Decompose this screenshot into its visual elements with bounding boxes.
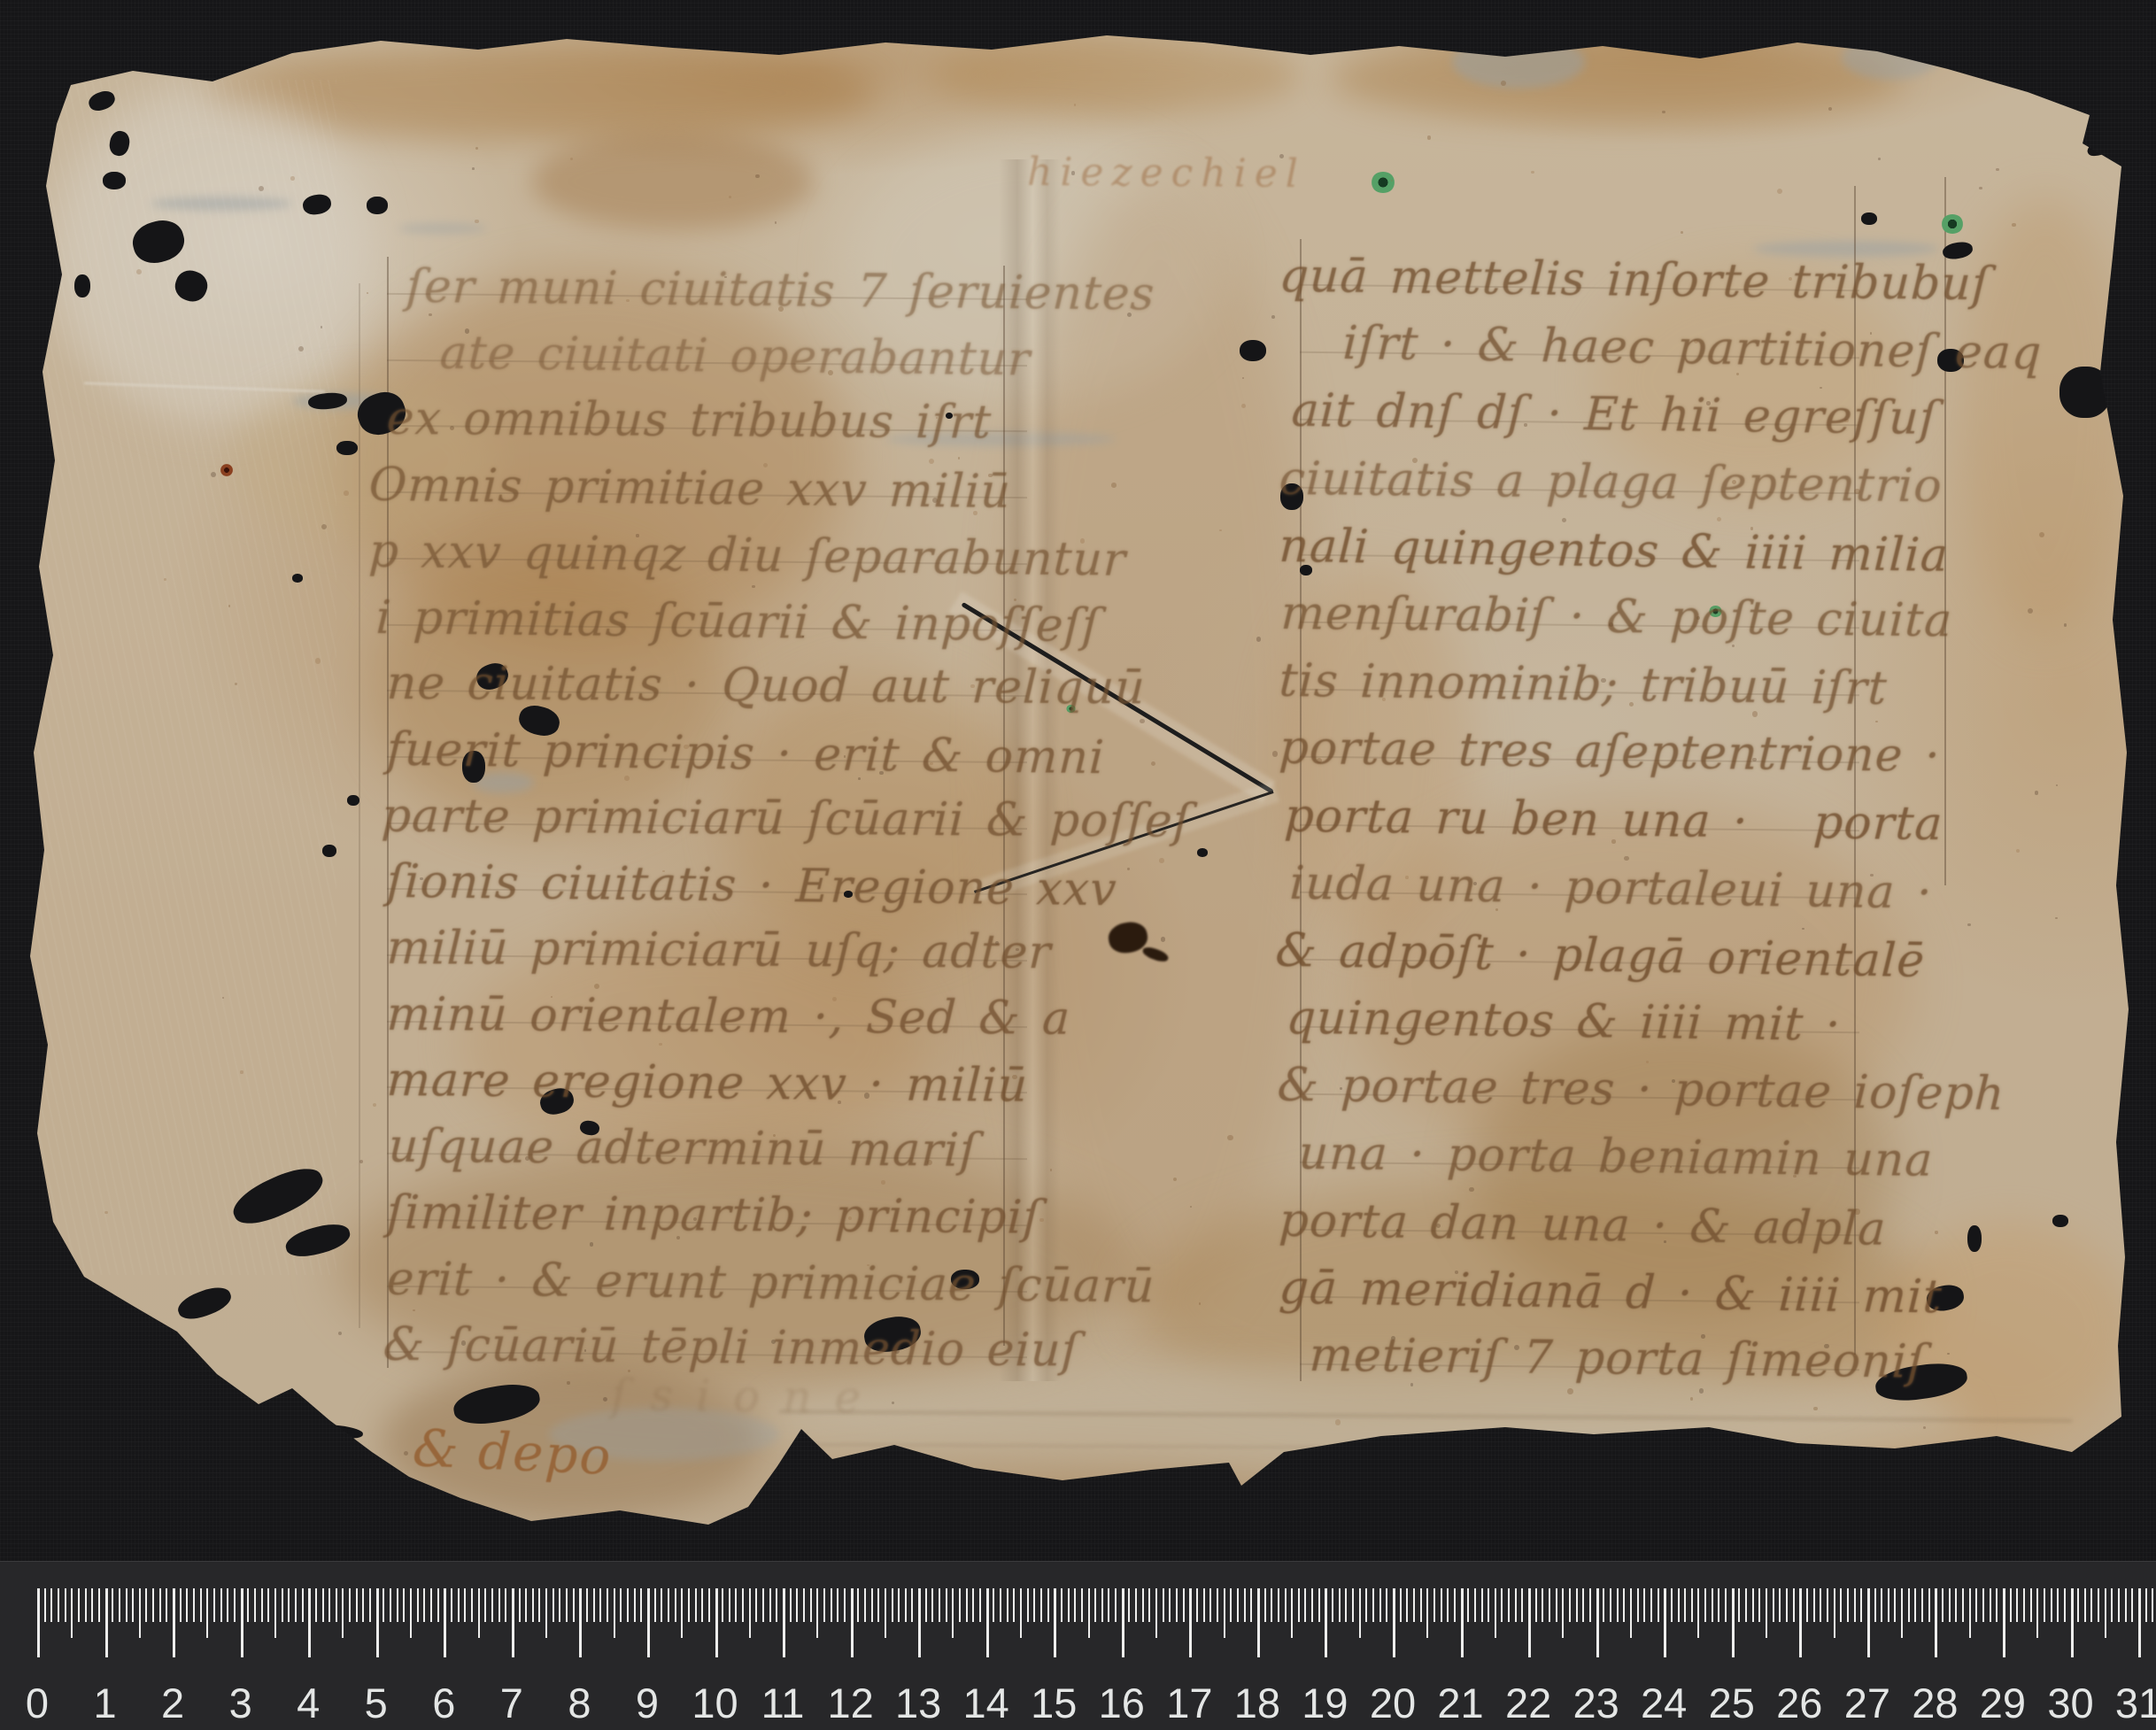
- ruler-tick: [241, 1588, 243, 1657]
- running-title: hiezechiel: [1027, 150, 1306, 197]
- ruler-tick: [959, 1588, 961, 1622]
- ruler-tick: [1576, 1588, 1578, 1622]
- ruler-tick: [1495, 1588, 1496, 1638]
- ruler-tick: [349, 1588, 351, 1622]
- ruler-tick: [328, 1588, 330, 1622]
- manuscript-line: gā meridianā d · & iiii mit: [1278, 1265, 1943, 1321]
- manuscript-line: iuda una · portaleui una ·: [1288, 861, 1933, 916]
- ruler-tick: [234, 1588, 236, 1622]
- ruler-tick: [2118, 1588, 2120, 1622]
- speckle: [1802, 928, 1804, 931]
- ruler-tick: [1203, 1588, 1205, 1622]
- ruler-tick: [376, 1588, 379, 1657]
- manuscript-line: fuerit principis · erit & omni: [386, 727, 1106, 781]
- ruler-tick: [599, 1588, 601, 1622]
- ruler-tick: [295, 1588, 297, 1622]
- speckle: [1624, 856, 1628, 861]
- ruler-tick: [2145, 1588, 2147, 1622]
- ruler-tick: [1745, 1588, 1747, 1622]
- ruler-tick: [315, 1588, 317, 1622]
- hole: [336, 441, 358, 455]
- ruler-tick: [566, 1588, 568, 1622]
- ruler-tick: [2125, 1588, 2127, 1622]
- ruler-tick: [71, 1588, 73, 1638]
- ruler-tick: [654, 1588, 656, 1622]
- ruler-tick: [1250, 1588, 1252, 1622]
- speckle: [1256, 637, 1261, 641]
- ruler-tick: [1982, 1588, 1984, 1622]
- ruler-tick: [1209, 1588, 1211, 1622]
- ruler-tick: [2090, 1588, 2092, 1622]
- ruler-tick: [742, 1588, 744, 1622]
- ruler-tick: [1013, 1588, 1015, 1622]
- ruler-tick: [152, 1588, 154, 1622]
- ruler-tick: [478, 1588, 480, 1638]
- hole: [367, 197, 388, 214]
- ruler-tick: [1244, 1588, 1246, 1622]
- ruler-tick: [1725, 1588, 1727, 1622]
- ruler-tick: [1142, 1588, 1144, 1622]
- ruler-tick: [1623, 1588, 1625, 1622]
- speckle: [590, 1242, 594, 1247]
- ruler-tick: [2030, 1588, 2032, 1622]
- manuscript-line: una · porta beniamin una: [1298, 1131, 1935, 1184]
- speckle: [475, 220, 478, 223]
- ruler-tick: [288, 1588, 290, 1622]
- speckle: [321, 326, 322, 328]
- ruler-tick: [1691, 1588, 1693, 1622]
- speckle: [475, 147, 478, 150]
- ruler-tick: [1433, 1588, 1435, 1622]
- ruler-tick: [1339, 1588, 1341, 1622]
- ruler-tick: [512, 1588, 514, 1657]
- manuscript-line: ſimiliter inpartib; principiſ: [386, 1190, 1042, 1241]
- ruler-tick: [1732, 1588, 1735, 1657]
- speckle: [1717, 517, 1721, 521]
- ruler-tick: [1935, 1588, 1937, 1657]
- ruler-tick: [837, 1588, 838, 1622]
- ruler-tick: [2071, 1588, 2074, 1657]
- ruler-tick: [823, 1588, 825, 1622]
- ruler-tick: [417, 1588, 419, 1622]
- ruler-tick: [538, 1588, 540, 1622]
- ruler-tick: [1318, 1588, 1320, 1622]
- ruler-tick: [844, 1588, 846, 1622]
- ruler-tick: [1278, 1588, 1279, 1622]
- ruler-tick: [91, 1588, 93, 1622]
- ruler-tick: [810, 1588, 812, 1622]
- ruler-tick: [898, 1588, 900, 1622]
- ruler-tick: [532, 1588, 534, 1622]
- speckle: [1562, 518, 1566, 522]
- ruler-tick: [464, 1588, 466, 1622]
- speckle: [1996, 168, 1998, 171]
- speckle: [104, 1211, 107, 1214]
- speckle: [373, 1103, 376, 1107]
- ruler-tick: [206, 1588, 208, 1638]
- ruler-tick: [2131, 1588, 2133, 1622]
- manuscript-line: ate ciuitati operabantur: [439, 330, 1032, 383]
- speckle: [1469, 1187, 1473, 1192]
- manuscript-photo: hiezechiel ſer muni ciuitatis 7 ſeruient…: [0, 0, 2156, 1730]
- ruler-tick: [681, 1588, 683, 1638]
- ruler-tick: [918, 1588, 921, 1657]
- ruler-tick: [2016, 1588, 2018, 1622]
- speckle: [211, 472, 216, 477]
- ruler-tick: [1081, 1588, 1083, 1622]
- manuscript-line: porta dan una · & adpla: [1278, 1198, 1887, 1253]
- ruler-tick: [397, 1588, 398, 1622]
- ruler-tick: [1664, 1588, 1666, 1657]
- ruler-tick: [1264, 1588, 1266, 1622]
- ruler-tick: [1101, 1588, 1103, 1622]
- ruler-tick: [1352, 1588, 1354, 1622]
- ruler-tick: [1386, 1588, 1387, 1622]
- speckle: [298, 346, 304, 351]
- ruler-tick: [78, 1588, 80, 1622]
- ruler-tick: [1298, 1588, 1300, 1622]
- ruler-tick: [1230, 1588, 1232, 1622]
- ruler-tick: [1000, 1588, 1001, 1622]
- ruler-tick: [1847, 1588, 1849, 1622]
- ruler-tick: [1108, 1588, 1109, 1622]
- ruler-tick: [857, 1588, 859, 1622]
- ruler-tick: [2051, 1588, 2052, 1622]
- speckle: [1681, 231, 1683, 234]
- ruler-tick: [308, 1588, 311, 1657]
- speckle: [1111, 483, 1117, 488]
- hole: [103, 172, 126, 189]
- ruler-tick: [1549, 1588, 1550, 1622]
- manuscript-line: quā mettelis inſorte tribubuſ: [1279, 253, 1991, 308]
- speckle: [321, 524, 327, 529]
- ruler-tick: [1752, 1588, 1754, 1622]
- hole: [1967, 1225, 1982, 1252]
- ruler-tick: [1969, 1588, 1971, 1638]
- ruler-tick: [105, 1588, 108, 1657]
- ruler-tick: [1617, 1588, 1619, 1622]
- ruler-tick: [193, 1588, 195, 1622]
- manuscript-line: miliū primiciarū uſq; adter: [386, 925, 1053, 976]
- ruler-tick: [762, 1588, 764, 1622]
- ruler-tick: [1650, 1588, 1652, 1622]
- speckle: [315, 658, 321, 663]
- ruler-tick: [864, 1588, 866, 1622]
- ruler-tick: [1047, 1588, 1049, 1622]
- speckle: [1161, 937, 1165, 941]
- ruler-tick: [1454, 1588, 1456, 1622]
- ruler-tick: [1068, 1588, 1070, 1622]
- ruler-tick: [1799, 1588, 1802, 1657]
- manuscript-line: ſionis ciuitatis · Eregione xxv: [386, 859, 1118, 913]
- speckle: [929, 459, 934, 464]
- ruler-tick: [1027, 1588, 1029, 1622]
- ruler-tick: [2105, 1588, 2106, 1638]
- ruler-tick: [1332, 1588, 1333, 1622]
- speckle: [1173, 1178, 1177, 1181]
- manuscript-line: & portae tres · portae ioſeph: [1277, 1062, 2006, 1117]
- ruler-tick: [2152, 1588, 2153, 1622]
- ruler-tick: [458, 1588, 460, 1622]
- ruler-tick: [1834, 1588, 1835, 1638]
- ruler-tick: [1684, 1588, 1686, 1622]
- ruler-tick: [484, 1588, 486, 1622]
- speckle: [1567, 1388, 1573, 1394]
- speckle: [1227, 1135, 1233, 1140]
- ruler-tick: [2036, 1588, 2038, 1638]
- ruler-tick: [98, 1588, 100, 1622]
- speckle: [338, 1332, 342, 1335]
- ruler-tick: [444, 1588, 446, 1657]
- green-spot: [1371, 172, 1395, 193]
- speckle: [2012, 223, 2016, 228]
- ruler-tick: [200, 1588, 202, 1622]
- ruler-tick: [1806, 1588, 1808, 1622]
- ruler-tick: [911, 1588, 913, 1622]
- ruler-number: 31: [2098, 1679, 2156, 1727]
- hole: [74, 274, 90, 297]
- manuscript-line: i primitias ſcūarii & inpoſſeſſ: [375, 595, 1101, 650]
- speckle: [240, 1070, 243, 1073]
- ruler-tick: [1481, 1588, 1483, 1622]
- ruler-tick: [1400, 1588, 1402, 1622]
- ruler-tick: [519, 1588, 521, 1622]
- gray-smudge: [398, 223, 487, 234]
- ruler-tick: [1758, 1588, 1760, 1622]
- ruler-tick: [627, 1588, 629, 1622]
- ruler-tick: [186, 1588, 188, 1622]
- green-spot: [1941, 214, 1964, 234]
- speckle: [1501, 81, 1506, 86]
- ruler-tick: [1054, 1588, 1056, 1657]
- speckle: [2039, 532, 2044, 537]
- speckle: [1813, 1407, 1818, 1411]
- speckle: [2055, 917, 2058, 920]
- ruler-tick: [282, 1588, 283, 1622]
- ruler-tick: [586, 1588, 588, 1622]
- ruler-tick: [816, 1588, 818, 1638]
- ruler-tick: [1603, 1588, 1604, 1622]
- speckle: [2028, 608, 2033, 614]
- ruler-tick: [735, 1588, 737, 1622]
- ruler-tick: [979, 1588, 981, 1622]
- detached-fragment-line: & depo: [412, 1417, 614, 1487]
- ruler-tick: [668, 1588, 669, 1622]
- ruler-tick: [931, 1588, 933, 1622]
- ruler-tick: [885, 1588, 886, 1638]
- speckle: [1923, 1426, 1926, 1429]
- ruler-tick: [1257, 1588, 1260, 1657]
- ruler-tick: [1406, 1588, 1408, 1622]
- speckle: [164, 578, 166, 581]
- ruler-tick: [37, 1588, 40, 1657]
- ruler-tick: [410, 1588, 412, 1638]
- ruler-tick: [695, 1588, 697, 1622]
- speckle: [1159, 858, 1164, 863]
- ruler-tick: [1148, 1588, 1150, 1622]
- ruler-tick: [722, 1588, 723, 1622]
- ruler-tick: [2084, 1588, 2086, 1622]
- ruler-tick: [1521, 1588, 1523, 1622]
- ruler-tick: [356, 1588, 358, 1622]
- speckle: [472, 167, 475, 170]
- ruler-tick: [2010, 1588, 2012, 1622]
- ruler-tick: [166, 1588, 167, 1622]
- ruler-tick: [1088, 1588, 1090, 1638]
- ruler-tick: [1542, 1588, 1543, 1622]
- ruler-tick: [1738, 1588, 1740, 1622]
- manuscript-line: p xxv quinqz diu ſeparabuntur: [368, 529, 1127, 583]
- manuscript-line: erit · & erunt primiciae ſcūarū: [386, 1256, 1156, 1310]
- ruler-tick: [390, 1588, 391, 1622]
- ruler-tick: [1488, 1588, 1489, 1622]
- ruler-tick: [85, 1588, 87, 1622]
- ruler-tick: [1271, 1588, 1272, 1622]
- ruler-tick: [1291, 1588, 1293, 1638]
- ruler-tick: [322, 1588, 324, 1622]
- ruler-tick: [1975, 1588, 1977, 1622]
- ruler-tick: [620, 1588, 622, 1622]
- ruler-tick: [1888, 1588, 1889, 1622]
- stain-patch: [531, 133, 815, 230]
- ruler-tick: [993, 1588, 994, 1622]
- ruling-vertical: [359, 283, 360, 1328]
- ruler-tick: [952, 1588, 954, 1638]
- ruler-tick: [1176, 1588, 1178, 1622]
- hole: [1197, 848, 1208, 857]
- ruler-tick: [1704, 1588, 1706, 1622]
- ruler-tick: [1441, 1588, 1442, 1622]
- speckle: [1935, 1231, 1937, 1233]
- speckle: [1127, 868, 1129, 869]
- ruler-tick: [1867, 1588, 1870, 1657]
- speckle: [1151, 761, 1155, 766]
- ruler-tick: [1914, 1588, 1916, 1622]
- ruler-tick: [790, 1588, 792, 1622]
- speckle: [359, 1160, 363, 1163]
- rust-spot: [220, 464, 234, 476]
- ruler-tick: [1949, 1588, 1951, 1622]
- ruler-tick: [437, 1588, 439, 1622]
- speckle: [729, 196, 731, 198]
- ruler-tick: [1569, 1588, 1571, 1622]
- ruler-tick: [1040, 1588, 1042, 1622]
- ruler-tick: [2044, 1588, 2045, 1622]
- speckle: [594, 984, 599, 989]
- ruler-tick: [383, 1588, 384, 1622]
- speckle: [1335, 1419, 1341, 1425]
- ruler-tick: [573, 1588, 575, 1622]
- ruler-tick: [180, 1588, 182, 1622]
- speckle: [1967, 923, 1970, 926]
- ruler-tick: [1697, 1588, 1699, 1638]
- ruler-tick: [1061, 1588, 1063, 1622]
- hole: [2052, 1215, 2068, 1227]
- ruler-tick: [1196, 1588, 1198, 1622]
- speckle: [2035, 791, 2038, 794]
- stain-patch: [1328, 35, 1904, 124]
- ruler-tick: [44, 1588, 46, 1622]
- ruler-tick: [1189, 1588, 1192, 1657]
- ruler-tick: [247, 1588, 249, 1622]
- ruler-tick: [362, 1588, 364, 1622]
- ruler-tick: [1637, 1588, 1639, 1622]
- ruler-tick: [769, 1588, 771, 1622]
- ruler-tick: [173, 1588, 175, 1657]
- speckle: [2056, 784, 2058, 786]
- ruler-tick: [1854, 1588, 1856, 1622]
- gray-smudge: [1753, 241, 1939, 257]
- ruler-tick: [755, 1588, 757, 1622]
- ruler-tick: [1779, 1588, 1781, 1622]
- manuscript-line: tis innominib; tribuū iſrt: [1278, 658, 1888, 712]
- hole: [174, 1282, 235, 1325]
- ruler-tick: [451, 1588, 452, 1622]
- manuscript-line: ait dnſ dſ · Et hii egreſſuſ: [1291, 388, 1939, 442]
- ruler-tick: [1474, 1588, 1476, 1622]
- manuscript-line: quingentos & iiii mit ·: [1286, 995, 1843, 1048]
- ruler-tick: [553, 1588, 554, 1622]
- ruler-tick: [1793, 1588, 1795, 1622]
- ruler-tick: [274, 1588, 276, 1638]
- ruler-tick: [1610, 1588, 1611, 1622]
- ruler-tick: [1372, 1588, 1374, 1622]
- speckle: [1979, 187, 1982, 189]
- ruler-tick: [267, 1588, 269, 1622]
- ruler-tick: [1955, 1588, 1957, 1622]
- ruler-tick: [1115, 1588, 1117, 1622]
- ruler-tick: [1582, 1588, 1584, 1622]
- manuscript-line: nali quingentos & iiii milia: [1278, 523, 1950, 579]
- speckle: [775, 221, 777, 224]
- speckle: [567, 1381, 569, 1384]
- ruler-tick: [254, 1588, 256, 1622]
- speckle: [344, 490, 348, 495]
- ruler-tick: [505, 1588, 506, 1622]
- ruler-tick: [1237, 1588, 1239, 1622]
- faded-remnant-line: ſsione: [611, 1369, 885, 1423]
- manuscript-line: metieriſ 7 porta ſimeoniſ: [1309, 1332, 1927, 1386]
- speckle: [404, 1451, 408, 1456]
- manuscript-line: porta ru ben una · porta: [1284, 793, 1944, 847]
- speckle: [1271, 315, 1275, 319]
- ruler-tick: [634, 1588, 636, 1622]
- ruler-tick: [701, 1588, 703, 1622]
- ruler-tick: [145, 1588, 147, 1622]
- speckle: [413, 1309, 414, 1311]
- hole: [347, 795, 359, 806]
- manuscript-line: parte primiciarū ſcūarii & poſſeſ: [381, 793, 1192, 845]
- ruler-tick: [2003, 1588, 2005, 1657]
- speckle: [570, 158, 573, 160]
- ruler-tick: [1135, 1588, 1137, 1622]
- ruler-tick: [227, 1588, 228, 1622]
- ruler-tick: [783, 1588, 785, 1657]
- ruler-tick: [1589, 1588, 1591, 1622]
- ruler-tick: [369, 1588, 371, 1622]
- ruler-tick: [1942, 1588, 1943, 1622]
- ruler-tick: [1908, 1588, 1910, 1622]
- ruler-tick: [491, 1588, 493, 1622]
- manuscript-line: portae tres aſeptentrione ·: [1279, 725, 1942, 779]
- ruler-tick: [119, 1588, 120, 1622]
- ruler-tick: [939, 1588, 940, 1622]
- ruler-tick: [471, 1588, 473, 1622]
- speckle: [1828, 107, 1832, 111]
- ruler-tick: [905, 1588, 907, 1622]
- ruler-tick: [2064, 1588, 2066, 1622]
- ruler-tick: [1501, 1588, 1503, 1622]
